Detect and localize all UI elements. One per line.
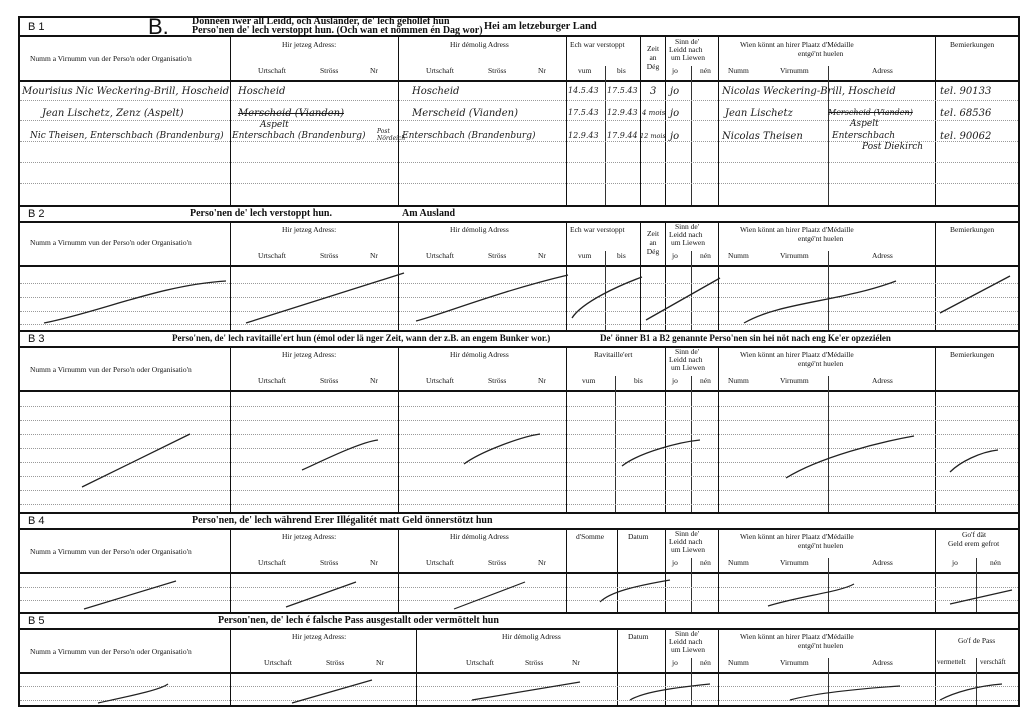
row-line xyxy=(20,183,1018,184)
section-b1: B 1 B. Donnéen iwer all Leidd, och Auslä… xyxy=(18,16,1020,205)
header-name: Numm a Virnumm vun der Perso'n oder Orga… xyxy=(30,647,192,656)
entry-remark: tel. 90062 xyxy=(940,131,991,142)
header-urtschaft: Urtschaft xyxy=(426,66,454,75)
header-former-address: Hir démolig Adress xyxy=(502,632,561,641)
header-former-address: Hir démolig Adress xyxy=(450,40,509,49)
header-date: Datum xyxy=(628,632,648,641)
header-urtschaft: Urtschaft xyxy=(426,376,454,385)
header-nen: nén xyxy=(700,558,711,567)
entry-bis: 17.5.43 xyxy=(607,86,638,95)
section-title-line2: Perso'nen de' lech verstoppt hun. (Och w… xyxy=(192,26,483,35)
header-remarks: Bemierkungen xyxy=(950,350,994,359)
header-medal-2: entgé'nt huelen xyxy=(798,234,843,243)
row-line xyxy=(20,420,1018,421)
header-nr: Nr xyxy=(538,66,546,75)
row-line xyxy=(20,406,1018,407)
header-nen: nén xyxy=(990,558,1001,567)
header-stross: Ströss xyxy=(488,66,506,75)
col-divider xyxy=(398,346,399,512)
header-nr: Nr xyxy=(538,251,546,260)
header-vum: vum xyxy=(582,376,595,385)
header-stross: Ströss xyxy=(320,558,338,567)
header-bis: bis xyxy=(617,251,626,260)
header-stross: Ströss xyxy=(488,376,506,385)
col-divider xyxy=(665,346,666,512)
entry-jo: jo xyxy=(670,131,679,142)
header-medal-1: Wien könnt an hirer Plaatz d'Médaille xyxy=(740,350,854,359)
col-divider xyxy=(566,346,567,512)
header-pass: Go'f de Pass xyxy=(958,636,995,645)
entry-current-note: Post Nördeich xyxy=(377,128,397,142)
section-b5: B 5 Person'nen, de' lech é falsche Pass … xyxy=(18,612,1020,707)
section-b4: B 4 Perso'nen, de' lech während Erer Ill… xyxy=(18,512,1020,612)
header-jo: jo xyxy=(672,251,678,260)
row-line xyxy=(20,700,1018,701)
header-divider xyxy=(20,672,1018,674)
header-former-address: Hir démolig Adress xyxy=(450,225,509,234)
header-hidden: Ech war verstoppt xyxy=(570,40,625,49)
section-title: Person'nen, de' lech é falsche Pass ausg… xyxy=(218,615,499,626)
row-line xyxy=(20,462,1018,463)
header-numm: Numm xyxy=(728,66,749,75)
header-jo: jo xyxy=(952,558,958,567)
header-stross: Ströss xyxy=(320,251,338,260)
col-divider xyxy=(828,376,829,512)
row-line xyxy=(20,587,1018,588)
header-stross: Ströss xyxy=(320,376,338,385)
section-title: Perso'nen de' lech verstoppt hun. xyxy=(190,208,332,219)
header-alive-3: um Liewen xyxy=(671,53,705,62)
col-divider xyxy=(617,628,618,705)
header-numm: Numm xyxy=(728,558,749,567)
header-stross: Ströss xyxy=(488,558,506,567)
col-divider xyxy=(935,221,936,330)
col-divider xyxy=(828,251,829,330)
section-title-right: Hei am letzeburger Land xyxy=(484,21,597,32)
section-code: B 2 xyxy=(28,208,45,220)
header-urtschaft: Urtschaft xyxy=(466,658,494,667)
header-nr: Nr xyxy=(538,376,546,385)
header-alive-3: um Liewen xyxy=(671,545,705,554)
header-nen: nén xyxy=(700,66,711,75)
header-vum: vum xyxy=(578,251,591,260)
col-divider xyxy=(605,66,606,205)
header-zeit: Zeit an Dég xyxy=(643,44,663,71)
col-divider xyxy=(691,658,692,705)
header-medal-1: Wien könnt an hirer Plaatz d'Médaille xyxy=(740,532,854,541)
form-letter: B. xyxy=(148,14,169,40)
entry-medal-addr-note: Aspelt xyxy=(850,119,879,129)
header-urtschaft: Urtschaft xyxy=(426,558,454,567)
header-medal-1: Wien könnt an hirer Plaatz d'Médaille xyxy=(740,40,854,49)
section-b5-title-bar: B 5 Person'nen, de' lech é falsche Pass … xyxy=(20,614,1018,630)
header-stross: Ströss xyxy=(326,658,344,667)
header-name: Numm a Virnumm vun der Perso'n oder Orga… xyxy=(30,365,192,374)
header-nr: Nr xyxy=(376,658,384,667)
header-stross: Ströss xyxy=(320,66,338,75)
section-b3: B 3 Perso'nen, de' lech ravitaille'ert h… xyxy=(18,330,1020,512)
section-title-right: Am Ausland xyxy=(402,208,455,219)
entry-days: 3 xyxy=(650,86,656,97)
row-line xyxy=(20,100,1018,101)
entry-former: Hoscheid xyxy=(412,86,459,97)
header-adress: Adress xyxy=(872,376,893,385)
header-nr: Nr xyxy=(538,558,546,567)
col-divider xyxy=(398,221,399,330)
header-jo: jo xyxy=(672,66,678,75)
entry-current: Hoscheid xyxy=(238,86,285,97)
header-remarks: Bemierkungen xyxy=(950,40,994,49)
row-line xyxy=(20,686,1018,687)
row-line xyxy=(20,476,1018,477)
header-current-address: Hir jetzeg Adress: xyxy=(282,225,336,234)
header-medal-1: Wien könnt an hirer Plaatz d'Médaille xyxy=(740,632,854,641)
row-line xyxy=(20,297,1018,298)
header-numm: Numm xyxy=(728,251,749,260)
header-alive-3: um Liewen xyxy=(671,238,705,247)
header-medal-1: Wien könnt an hirer Plaatz d'Médaille xyxy=(740,225,854,234)
header-money-1: Go'f dät xyxy=(962,530,986,539)
col-divider xyxy=(935,628,936,705)
header-bis: bis xyxy=(617,66,626,75)
header-nr: Nr xyxy=(370,558,378,567)
header-urtschaft: Urtschaft xyxy=(258,558,286,567)
header-name: Numm a Virnumm vun der Perso'n oder Orga… xyxy=(30,238,192,247)
header-zeit: Zeit an Dég xyxy=(643,229,663,256)
header-nr: Nr xyxy=(370,376,378,385)
row-line xyxy=(20,311,1018,312)
header-medal-2: entgé'nt huelen xyxy=(798,49,843,58)
section-code: B 1 xyxy=(28,21,45,33)
section-b3-title-bar: B 3 Perso'nen, de' lech ravitaille'ert h… xyxy=(20,332,1018,348)
entry-medal-addr-note: Post Diekirch xyxy=(862,142,923,152)
col-divider xyxy=(976,658,977,705)
col-divider xyxy=(718,221,719,330)
col-divider xyxy=(691,558,692,612)
header-vum: vum xyxy=(578,66,591,75)
section-code: B 3 xyxy=(28,333,45,345)
col-divider xyxy=(230,628,231,705)
entry-days: 4 mois xyxy=(642,109,665,117)
section-title-right: De' önner B1 a B2 genannte Perso'nen sin… xyxy=(600,333,891,343)
col-divider xyxy=(640,221,641,330)
entry-remark: tel. 68536 xyxy=(940,108,991,119)
header-current-address: Hir jetzeg Adress: xyxy=(292,632,346,641)
row-line xyxy=(20,434,1018,435)
entry-medal: Jean Lischetz xyxy=(725,108,793,119)
header-medal-2: entgé'nt huelen xyxy=(798,541,843,550)
col-divider xyxy=(718,628,719,705)
row-line xyxy=(20,162,1018,163)
header-medal-2: entgé'nt huelen xyxy=(798,359,843,368)
header-divider xyxy=(20,80,1018,82)
header-nen: nén xyxy=(700,251,711,260)
header-adress: Adress xyxy=(872,558,893,567)
header-stross: Ströss xyxy=(525,658,543,667)
row-line xyxy=(20,600,1018,601)
header-mediated: vermetteIt xyxy=(937,658,966,667)
section-b2-title-bar: B 2 Perso'nen de' lech verstoppt hun. Am… xyxy=(20,207,1018,223)
header-alive-3: um Liewen xyxy=(671,645,705,654)
header-current-address: Hir jetzeg Adress: xyxy=(282,350,336,359)
entry-bis: 17.9.44 xyxy=(607,131,638,140)
header-name: Numm a Virnumm vun der Perso'n oder Orga… xyxy=(30,54,192,63)
header-stross: Ströss xyxy=(488,251,506,260)
col-divider xyxy=(828,558,829,612)
header-jo: jo xyxy=(672,658,678,667)
row-line xyxy=(20,504,1018,505)
row-line xyxy=(20,324,1018,325)
header-obtained: verschäft xyxy=(980,658,1006,667)
entry-vum: 17.5.43 xyxy=(568,108,599,117)
entry-former: Merscheid (Vianden) xyxy=(412,108,518,119)
header-virnumm: Virnumm xyxy=(780,251,809,260)
entry-remark: tel. 90133 xyxy=(940,86,991,97)
entry-medal: Nicolas Theisen xyxy=(722,131,803,142)
section-b1-title-bar: B 1 B. Donnéen iwer all Leidd, och Auslä… xyxy=(20,18,1018,37)
entry-days: 12 mois xyxy=(640,132,666,140)
strike-through-lines xyxy=(20,332,1022,514)
header-divider xyxy=(20,265,1018,267)
entry-name: Mourisius Nic Weckering-Brill, Hoscheid xyxy=(22,86,229,97)
col-divider xyxy=(691,251,692,330)
header-virnumm: Virnumm xyxy=(780,658,809,667)
entry-medal: Nicolas Weckering-Brill, Hoscheid xyxy=(722,86,896,97)
header-name: Numm a Virnumm vun der Perso'n oder Orga… xyxy=(30,547,192,556)
header-nr: Nr xyxy=(572,658,580,667)
header-sum: d'Somme xyxy=(576,532,604,541)
header-money-2: Geld erem gefrot xyxy=(948,539,999,548)
header-current-address: Hir jetzeg Adress: xyxy=(282,40,336,49)
header-nr: Nr xyxy=(370,251,378,260)
header-jo: jo xyxy=(672,558,678,567)
entry-medal-addr: Enterschbach xyxy=(832,131,895,141)
col-divider xyxy=(230,221,231,330)
row-line xyxy=(20,490,1018,491)
entry-current-note: Aspelt xyxy=(260,120,289,130)
header-numm: Numm xyxy=(728,376,749,385)
header-urtschaft: Urtschaft xyxy=(264,658,292,667)
header-urtschaft: Urtschaft xyxy=(258,251,286,260)
col-divider xyxy=(718,346,719,512)
entry-current: Enterschbach (Brandenburg) xyxy=(232,131,366,141)
header-virnumm: Virnumm xyxy=(780,376,809,385)
row-line xyxy=(20,283,1018,284)
header-alive-3: um Liewen xyxy=(671,363,705,372)
entry-jo: jo xyxy=(670,86,679,97)
header-numm: Numm xyxy=(728,658,749,667)
header-urtschaft: Urtschaft xyxy=(426,251,454,260)
header-nen: nén xyxy=(700,376,711,385)
section-b4-title-bar: B 4 Perso'nen, de' lech während Erer Ill… xyxy=(20,514,1018,530)
header-former-address: Hir démolig Adress xyxy=(450,532,509,541)
col-divider xyxy=(566,221,567,330)
col-divider xyxy=(691,66,692,205)
col-divider xyxy=(976,558,977,612)
header-nr: Nr xyxy=(370,66,378,75)
section-title: Perso'nen, de' lech ravitaille'ert hun (… xyxy=(172,333,550,343)
col-divider xyxy=(615,376,616,512)
header-supplied: Ravitaille'ert xyxy=(594,350,632,359)
col-divider xyxy=(605,251,606,330)
header-adress: Adress xyxy=(872,66,893,75)
col-divider xyxy=(416,628,417,705)
header-medal-2: entgé'nt huelen xyxy=(798,641,843,650)
col-divider xyxy=(828,658,829,705)
entry-current: Merscheid (Vianden) xyxy=(238,108,344,119)
section-title: Perso'nen, de' lech während Erer Illégal… xyxy=(192,515,493,526)
header-jo: jo xyxy=(672,376,678,385)
entry-vum: 14.5.43 xyxy=(568,86,599,95)
header-urtschaft: Urtschaft xyxy=(258,66,286,75)
section-code: B 4 xyxy=(28,515,45,527)
col-divider xyxy=(665,628,666,705)
col-divider xyxy=(665,221,666,330)
header-bis: bis xyxy=(634,376,643,385)
row-line xyxy=(20,448,1018,449)
entry-jo: jo xyxy=(670,108,679,119)
entry-bis: 12.9.43 xyxy=(607,108,638,117)
header-urtschaft: Urtschaft xyxy=(258,376,286,385)
header-adress: Adress xyxy=(872,658,893,667)
header-nen: nén xyxy=(700,658,711,667)
header-divider xyxy=(20,572,1018,574)
col-divider xyxy=(691,376,692,512)
section-code: B 5 xyxy=(28,615,45,627)
entry-name: Nic Theisen, Enterschbach (Brandenburg) xyxy=(30,131,224,141)
col-divider xyxy=(230,346,231,512)
col-divider xyxy=(935,346,936,512)
header-hidden: Ech war verstoppt xyxy=(570,225,625,234)
header-adress: Adress xyxy=(872,251,893,260)
entry-name: Jean Lischetz, Zenz (Aspelt) xyxy=(42,108,184,119)
header-remarks: Bemierkungen xyxy=(950,225,994,234)
section-b2: B 2 Perso'nen de' lech verstoppt hun. Am… xyxy=(18,205,1020,330)
header-virnumm: Virnumm xyxy=(780,558,809,567)
header-former-address: Hir démolig Adress xyxy=(450,350,509,359)
header-virnumm: Virnumm xyxy=(780,66,809,75)
header-current-address: Hir jetzeg Adress: xyxy=(282,532,336,541)
header-divider xyxy=(20,390,1018,392)
entry-former: Enterschbach (Brandenburg) xyxy=(402,131,536,141)
entry-vum: 12.9.43 xyxy=(568,131,599,140)
header-date: Datum xyxy=(628,532,648,541)
strike-through-lines xyxy=(20,207,1022,332)
entry-medal-addr: Merscheid (Vianden) xyxy=(828,108,913,117)
